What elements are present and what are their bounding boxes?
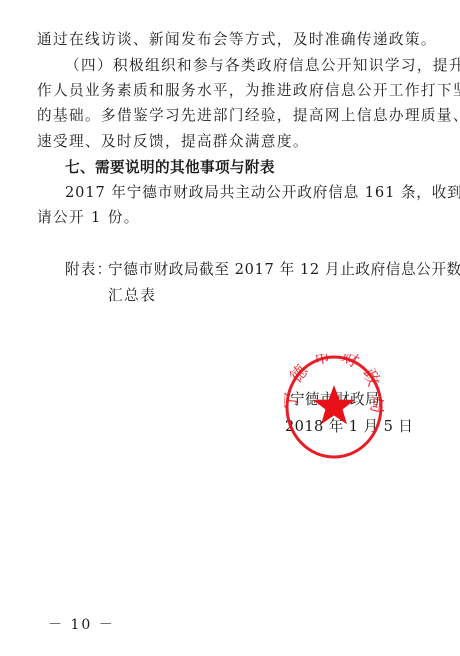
section-heading: 七、需要说明的其他事项与附表 [65,158,429,178]
document-page: 通过在线访谈、新闻发布会等方式，及时准确传递政策。 （四）积极组织和参与各类政府… [0,0,460,656]
paragraph-line: 通过在线访谈、新闻发布会等方式，及时准确传递政策。 [37,30,429,50]
official-seal-icon: 宁德市财政局 [284,354,384,460]
paragraph-line: 作人员业务素质和服务水平，为推进政府信息公开工作打下坚实 [37,81,429,101]
page-number: － 10 － [48,615,115,635]
paragraph-line: 速受理、及时反馈，提高群众满意度。 [37,132,429,152]
summary-line: 请公开 1 份。 [37,208,429,228]
paragraph-line: 的基础。多借鉴学习先进部门经验，提高网上信息办理质量、快 [37,106,429,126]
summary-line: 2017 年宁德市财政局共主动公开政府信息 161 条，收到依申 [65,183,429,203]
attachment-label: 附表： [65,260,112,280]
attachment-title-cont: 汇总表 [108,286,156,306]
attachment-title: 宁德市财政局截至 2017 年 12 月止政府信息公开数据 [108,260,460,280]
paragraph-line: （四）积极组织和参与各类政府信息公开知识学习，提升工 [65,56,429,76]
